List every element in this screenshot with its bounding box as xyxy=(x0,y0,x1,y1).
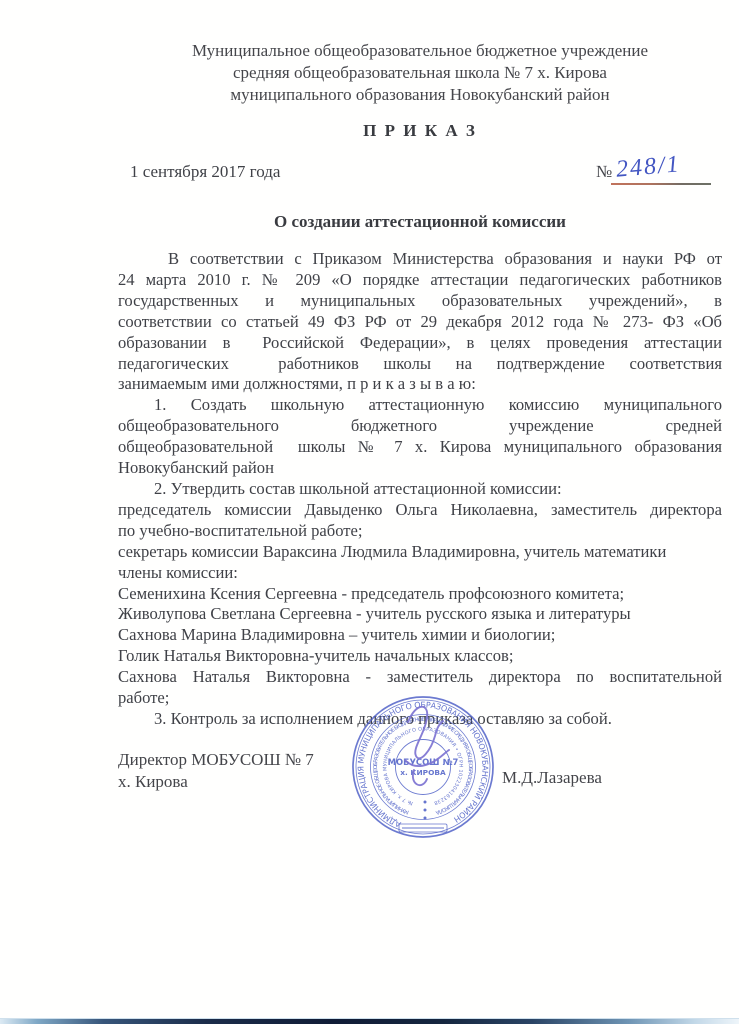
body-line: образовании в Российской Федерации», в ц… xyxy=(118,333,722,354)
body-line: секретарь комиссии Вараксина Людмила Вла… xyxy=(118,542,722,563)
order-title: П Р И К А З xyxy=(118,121,722,141)
document-content: Муниципальное общеобразовательное бюджет… xyxy=(118,40,722,730)
number-sign: № xyxy=(596,162,612,181)
body-line: по учебно-воспитательной работе; xyxy=(118,521,722,542)
stamp-dot-1 xyxy=(424,801,427,804)
body-line: председатель комиссии Давыденко Ольга Ни… xyxy=(118,500,722,521)
body-line: педагогических работников школы на подтв… xyxy=(118,354,722,375)
body-line: члены комиссии: xyxy=(118,563,722,584)
body-line: Сахнова Наталья Викторовна - заместитель… xyxy=(118,667,722,688)
official-stamp-seal: АДМИНИСТРАЦИЯ МУНИЦИПАЛЬНОГО ОБРАЗОВАНИЯ… xyxy=(350,694,496,840)
signatory-title-line-1: Директор МОБУСОШ № 7 xyxy=(118,749,314,771)
body-line: государственных и муниципальных образова… xyxy=(118,291,722,312)
order-date: 1 сентября 2017 года xyxy=(130,162,280,182)
body-line: 24 марта 2010 г. № 209 «О порядке аттест… xyxy=(118,270,722,291)
body-line: Голик Наталья Викторовна-учитель начальн… xyxy=(118,646,722,667)
letterhead-line-3: муниципального образования Новокубанский… xyxy=(118,84,722,106)
body-line: 1. Создать школьную аттестационную комис… xyxy=(118,395,722,416)
stamp-inner-circle xyxy=(396,740,451,795)
body-line: общеобразовательного бюджетного учрежден… xyxy=(118,416,722,437)
document-page: Муниципальное общеобразовательное бюджет… xyxy=(0,0,739,1024)
body-line: общеобразовательной школы № 7 х. Кирова … xyxy=(118,437,722,458)
body-line: соответствии со статьей 49 ФЗ РФ от 29 д… xyxy=(118,312,722,333)
handwritten-order-number: 248/1 xyxy=(615,151,682,184)
signatory-title-line-2: х. Кирова xyxy=(118,771,314,793)
body-line: Живолупова Светлана Сергеевна - учитель … xyxy=(118,604,722,625)
body-line: занимаемым ими должностями, п р и к а з … xyxy=(118,374,722,395)
body-line: В соответствии с Приказом Министерства о… xyxy=(118,249,722,270)
scan-artifact-line xyxy=(0,1018,739,1024)
order-number-group: № 248/1 xyxy=(596,162,612,182)
body-line: 2. Утвердить состав школьной аттестацион… xyxy=(118,479,722,500)
order-subject: О создании аттестационной комиссии xyxy=(118,212,722,232)
stamp-dot-2 xyxy=(424,809,427,812)
letterhead-line-2: средняя общеобразовательная школа № 7 х.… xyxy=(118,62,722,84)
signatory-name: М.Д.Лазарева xyxy=(502,768,602,788)
stamp-center-line-2: х. КИРОВА xyxy=(400,768,446,777)
body-line: Новокубанский район xyxy=(118,458,722,479)
official-stamp: АДМИНИСТРАЦИЯ МУНИЦИПАЛЬНОГО ОБРАЗОВАНИЯ… xyxy=(350,694,496,840)
signatory-title: Директор МОБУСОШ № 7 х. Кирова xyxy=(118,749,314,793)
letterhead-line-1: Муниципальное общеобразовательное бюджет… xyxy=(118,40,722,62)
letterhead: Муниципальное общеобразовательное бюджет… xyxy=(118,40,722,106)
body-line: Сахнова Марина Владимировна – учитель хи… xyxy=(118,625,722,646)
order-body: В соответствии с Приказом Министерства о… xyxy=(118,249,722,730)
stamp-dot-3 xyxy=(424,817,427,820)
order-meta-row: 1 сентября 2017 года № 248/1 xyxy=(118,162,722,188)
number-underline xyxy=(611,183,711,185)
body-line: Семенихина Ксения Сергеевна - председате… xyxy=(118,584,722,605)
